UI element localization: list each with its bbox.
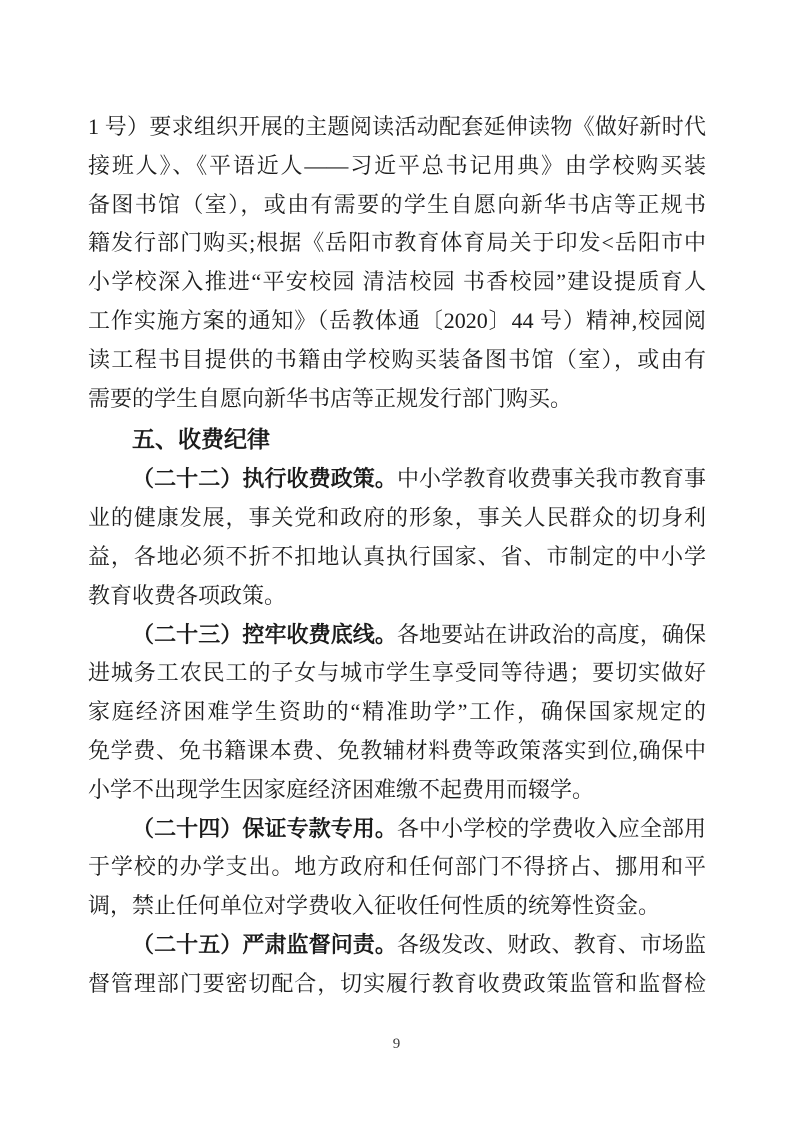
item-24-lead: （二十四）保证专款专用。 (132, 816, 397, 841)
item-24-text: 各中小学校的学费收入应全部用 (397, 816, 706, 841)
text-line: 益，各地必须不折不扣地认真执行国家、省、市制定的中小学 (88, 538, 706, 577)
text-line: 免学费、免书籍课本费、免教辅材料费等政策落实到位,确保中 (88, 732, 706, 771)
text-line: （二十四）保证专款专用。各中小学校的学费收入应全部用 (88, 810, 706, 849)
text-line: 需要的学生自愿向新华书店等正规发行部门购买。 (88, 380, 706, 419)
document-page: 1 号）要求组织开展的主题阅读活动配套延伸读物《做好新时代 接班人》、《平语近人… (0, 0, 793, 1122)
item-25-text: 各级发改、财政、教育、市场监 (397, 932, 706, 957)
text-line: 备图书馆（室），或由有需要的学生自愿向新华书店等正规书 (88, 186, 706, 225)
item-22-lead: （二十二）执行收费政策。 (132, 466, 397, 491)
item-23-lead: （二十三）控牢收费底线。 (132, 622, 397, 647)
page-number: 9 (0, 1036, 793, 1053)
text-line: 小学不出现学生因家庭经济困难缴不起费用而辍学。 (88, 771, 706, 810)
text-line: 1 号）要求组织开展的主题阅读活动配套延伸读物《做好新时代 (88, 108, 706, 147)
text-line: 工作实施方案的通知》（岳教体通〔2020〕44 号）精神,校园阅 (88, 302, 706, 341)
text-line: 家庭经济困难学生资助的“精准助学”工作，确保国家规定的 (88, 693, 706, 732)
section-heading: 五、收费纪律 (88, 418, 706, 460)
text-line: 业的健康发展，事关党和政府的形象，事关人民群众的切身利 (88, 499, 706, 538)
text-line: 小学校深入推进“平安校园 清洁校园 书香校园”建设提质育人 (88, 263, 706, 302)
text-line: 督管理部门要密切配合，切实履行教育收费政策监管和监督检 (88, 965, 706, 1004)
item-25-lead: （二十五）严肃监督问责。 (132, 932, 397, 957)
text-line: 进城务工农民工的子女与城市学生享受同等待遇；要切实做好 (88, 654, 706, 693)
item-23-text: 各地要站在讲政治的高度，确保 (397, 622, 706, 647)
text-block: 1 号）要求组织开展的主题阅读活动配套延伸读物《做好新时代 接班人》、《平语近人… (88, 108, 706, 1004)
text-line: 于学校的办学支出。地方政府和任何部门不得挤占、挪用和平 (88, 848, 706, 887)
text-line: 调，禁止任何单位对学费收入征收任何性质的统筹性资金。 (88, 887, 706, 926)
text-line: （二十二）执行收费政策。中小学教育收费事关我市教育事 (88, 460, 706, 499)
text-line: 籍发行部门购买;根据《岳阳市教育体育局关于印发<岳阳市中 (88, 224, 706, 263)
text-line: （二十三）控牢收费底线。各地要站在讲政治的高度，确保 (88, 616, 706, 655)
text-line: 接班人》、《平语近人——习近平总书记用典》由学校购买装 (88, 147, 706, 186)
text-line: 读工程书目提供的书籍由学校购买装备图书馆（室），或由有 (88, 341, 706, 380)
item-22-text: 中小学教育收费事关我市教育事 (397, 466, 706, 491)
text-line: 教育收费各项政策。 (88, 577, 706, 616)
text-line: （二十五）严肃监督问责。各级发改、财政、教育、市场监 (88, 926, 706, 965)
